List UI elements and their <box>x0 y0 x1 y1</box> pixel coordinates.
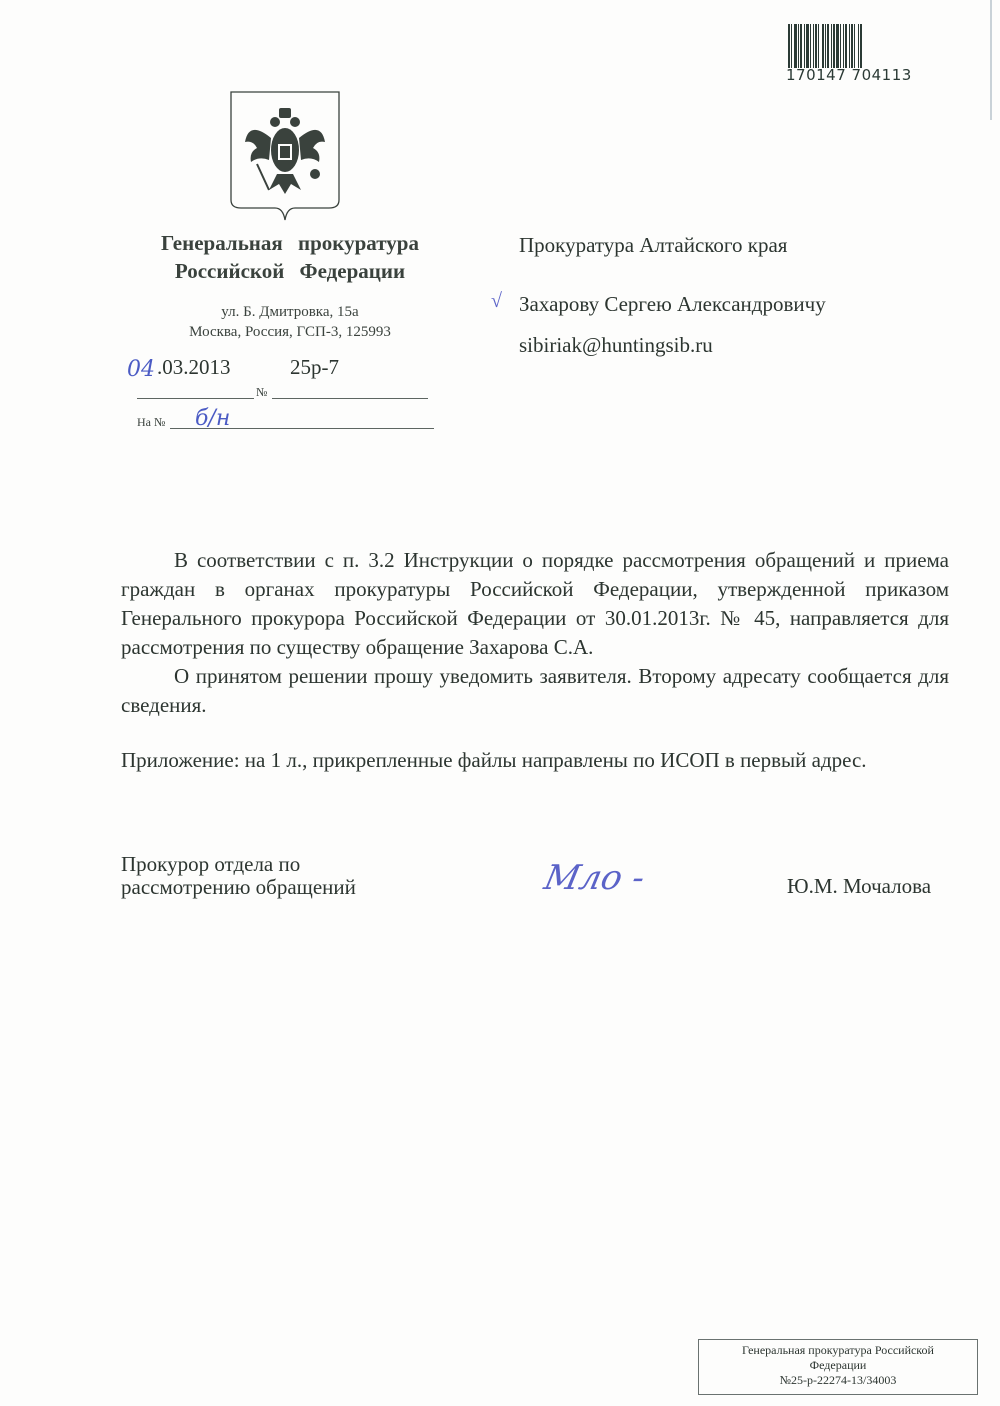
signatory-title: Прокурор отдела по рассмотрению обращени… <box>121 853 356 899</box>
signatory-title-line-2: рассмотрению обращений <box>121 876 356 899</box>
address-line-1: ул. Б. Дмитровка, 15а <box>140 302 440 322</box>
org-line-1: Генеральная прокуратура <box>110 229 470 257</box>
org-line-2: Российской Федерации <box>110 257 470 285</box>
handwritten-signature: Мло - <box>541 858 649 898</box>
date-handwritten: 04 <box>127 357 155 382</box>
stamp-line-3: №25-р-22274-13/34003 <box>699 1373 977 1388</box>
number-underline <box>272 398 428 399</box>
address-line-2: Москва, Россия, ГСП-3, 125993 <box>140 322 440 342</box>
date-printed: .03.2013 <box>157 355 231 380</box>
barcode <box>788 24 920 68</box>
document-number: 25р-7 <box>290 355 339 380</box>
recipient-email: sibiriak@huntingsib.ru <box>519 333 713 358</box>
recipient-person: Захарову Сергею Александровичу <box>519 292 826 317</box>
registration-stamp: Генеральная прокуратура Российской Федер… <box>698 1339 978 1395</box>
date-underline <box>137 398 254 399</box>
signatory-name: Ю.М. Мочалова <box>787 874 931 899</box>
sender-address: ул. Б. Дмитровка, 15а Москва, Россия, ГС… <box>140 302 440 342</box>
reply-to-underline <box>170 428 434 429</box>
page-edge-shadow <box>990 0 992 120</box>
attachment-note: Приложение: на 1 л., прикрепленные файлы… <box>121 746 949 775</box>
check-mark-icon: √ <box>491 290 502 313</box>
barcode-number: 170147 704113 <box>786 66 912 84</box>
reply-to-label: На № <box>137 415 165 430</box>
body-paragraph-2: О принятом решении прошу уведомить заяви… <box>121 662 949 720</box>
number-sign: № <box>256 385 267 400</box>
coat-of-arms-icon <box>229 90 341 222</box>
recipient-organization: Прокуратура Алтайского края <box>519 233 787 258</box>
sender-organization: Генеральная прокуратура Российской Федер… <box>110 229 470 285</box>
signatory-title-line-1: Прокурор отдела по <box>121 853 356 876</box>
stamp-line-2: Федерации <box>699 1358 977 1373</box>
letter-body: В соответствии с п. 3.2 Инструкции о пор… <box>121 546 949 720</box>
attachment-text: Приложение: на 1 л., прикрепленные файлы… <box>121 746 949 775</box>
body-paragraph-1: В соответствии с п. 3.2 Инструкции о пор… <box>121 546 949 662</box>
stamp-line-1: Генеральная прокуратура Российской <box>699 1343 977 1358</box>
